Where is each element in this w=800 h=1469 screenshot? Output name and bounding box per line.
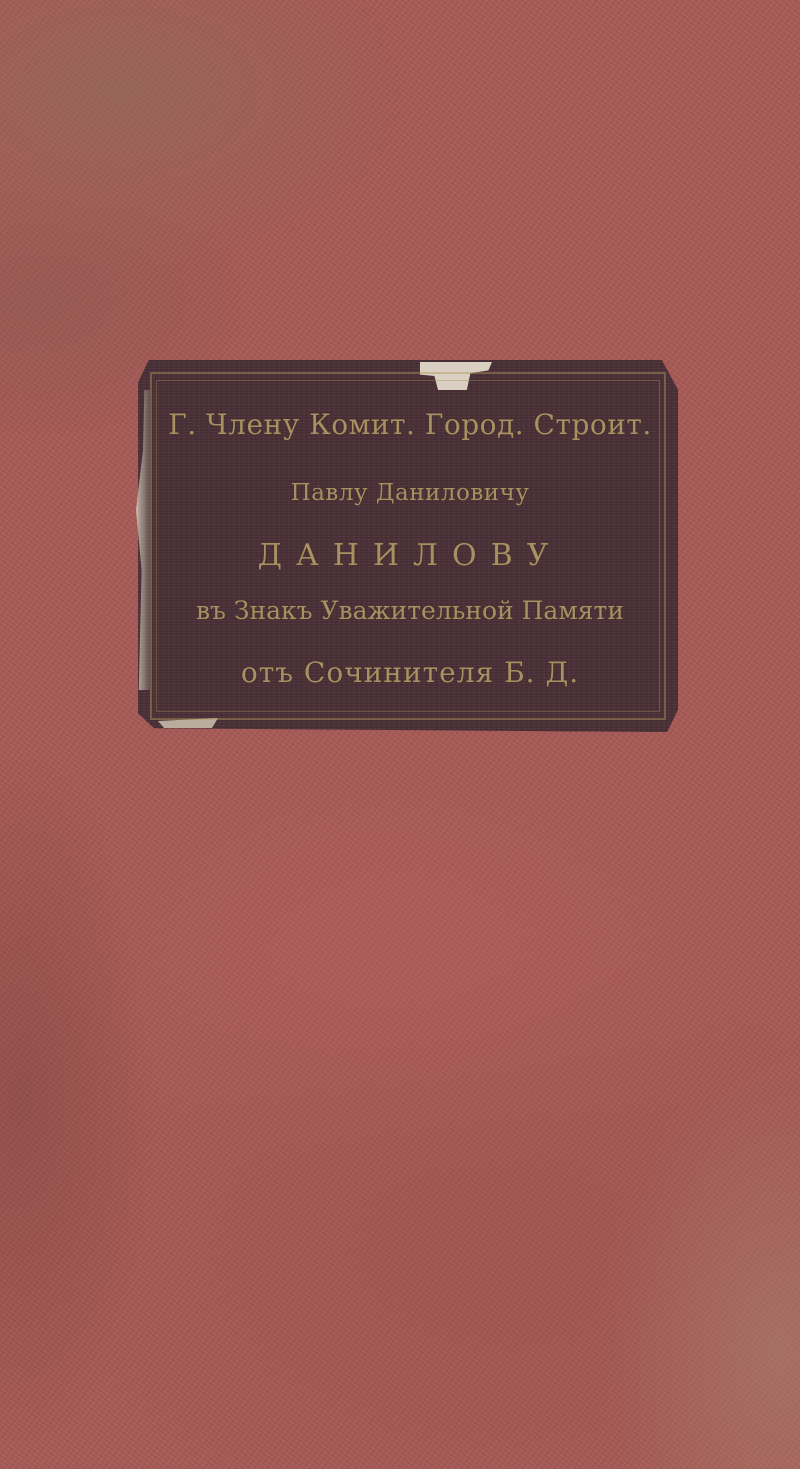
label-line-surname: ДАНИЛОВУ — [140, 538, 680, 573]
label-line-dedication: въ Знакъ Уважительной Памяти — [140, 596, 680, 625]
book-cover — [0, 0, 800, 1469]
label-line-name: Павлу Даниловичу — [140, 480, 680, 506]
label-line-author: отъ Сочинителя Б. Д. — [140, 656, 680, 689]
label-line-title: Г. Члену Комит. Город. Строит. — [140, 408, 680, 441]
